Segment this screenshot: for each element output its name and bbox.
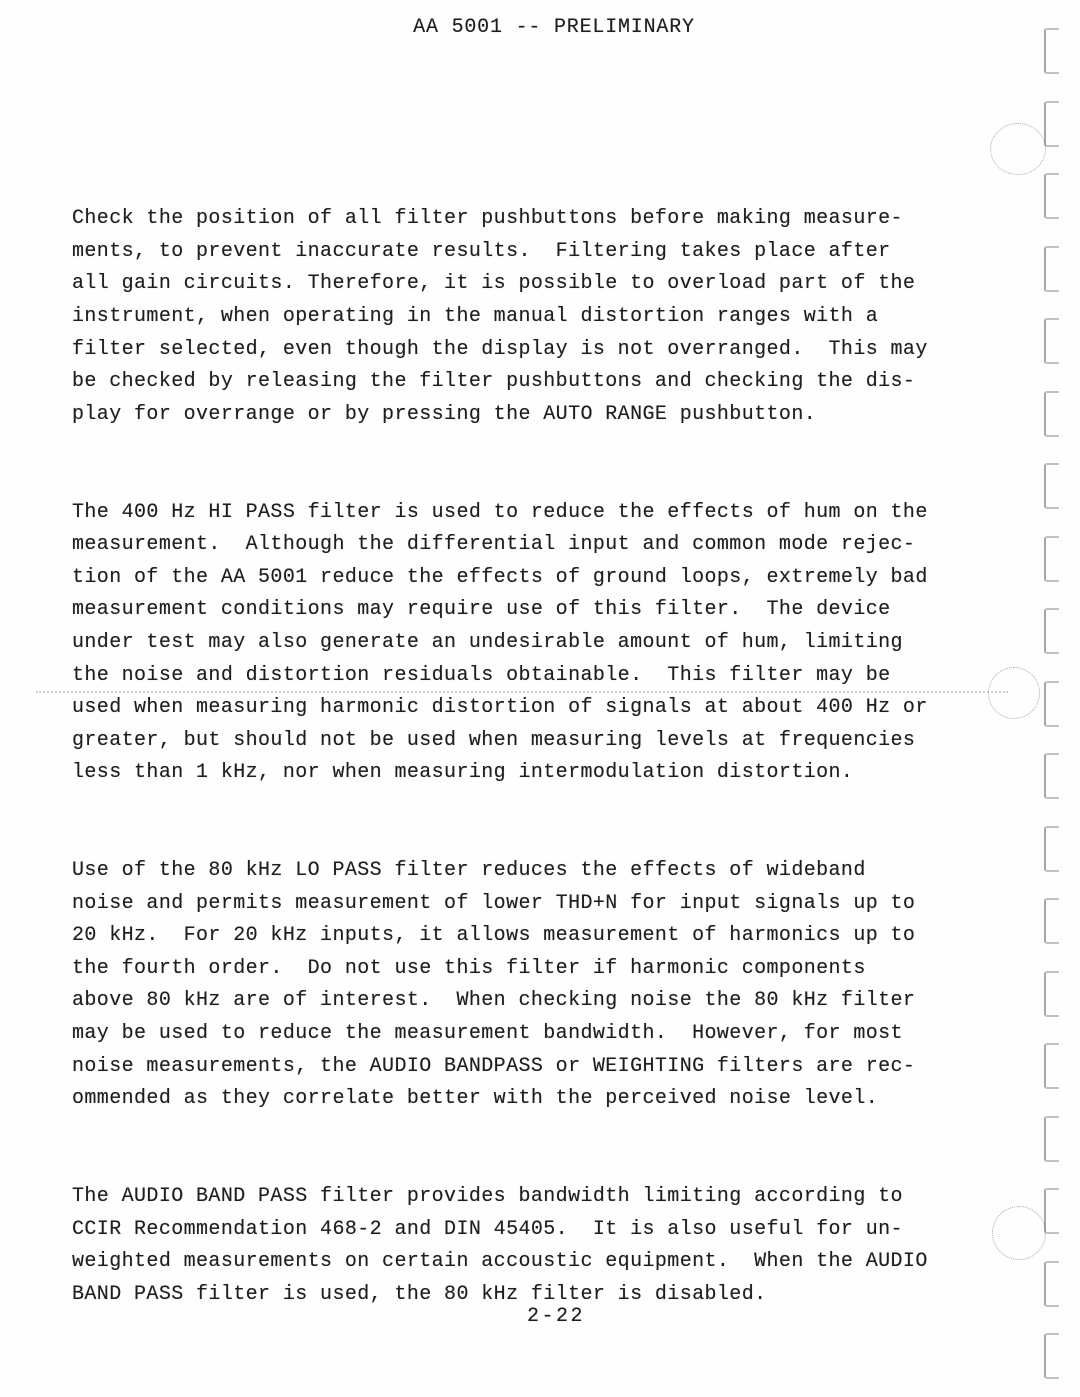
paragraph-80khz-lo-pass: Use of the 80 kHz LO PASS filter reduces…: [72, 855, 1022, 1116]
document-body: Check the position of all filter pushbut…: [72, 138, 1022, 1377]
perforation-dotted-line: [36, 691, 1008, 693]
binding-mark: [1044, 318, 1059, 364]
binding-mark: [1044, 971, 1059, 1017]
binding-mark: [1044, 246, 1059, 292]
binding-mark: [1044, 463, 1059, 509]
binding-mark: [1044, 173, 1059, 219]
binding-mark: [1044, 1043, 1059, 1089]
binding-mark: [1044, 898, 1059, 944]
hole-punch-mark: [990, 123, 1046, 175]
binding-mark: [1044, 391, 1059, 437]
paragraph-400hz-hi-pass: The 400 Hz HI PASS filter is used to red…: [72, 497, 1022, 790]
binding-mark: [1044, 608, 1059, 654]
binding-mark: [1044, 753, 1059, 799]
binding-mark: [1044, 1333, 1059, 1379]
binding-mark: [1044, 28, 1059, 74]
binding-mark: [1044, 681, 1059, 727]
scanned-manual-page: AA 5001 -- PRELIMINARY Check the positio…: [0, 0, 1080, 1397]
hole-punch-mark: [992, 1206, 1046, 1260]
page-header: AA 5001 -- PRELIMINARY: [14, 16, 1080, 39]
page-number: 2-22: [527, 1305, 585, 1328]
binding-mark: [1044, 1188, 1059, 1234]
binding-mark: [1044, 101, 1059, 147]
binding-mark: [1044, 1116, 1059, 1162]
binding-mark: [1044, 1261, 1059, 1307]
hole-punch-mark: [988, 667, 1040, 719]
paragraph-filter-pushbuttons: Check the position of all filter pushbut…: [72, 203, 1022, 431]
paragraph-audio-band-pass: The AUDIO BAND PASS filter provides band…: [72, 1181, 1022, 1311]
binding-mark: [1044, 826, 1059, 872]
binding-mark: [1044, 536, 1059, 582]
